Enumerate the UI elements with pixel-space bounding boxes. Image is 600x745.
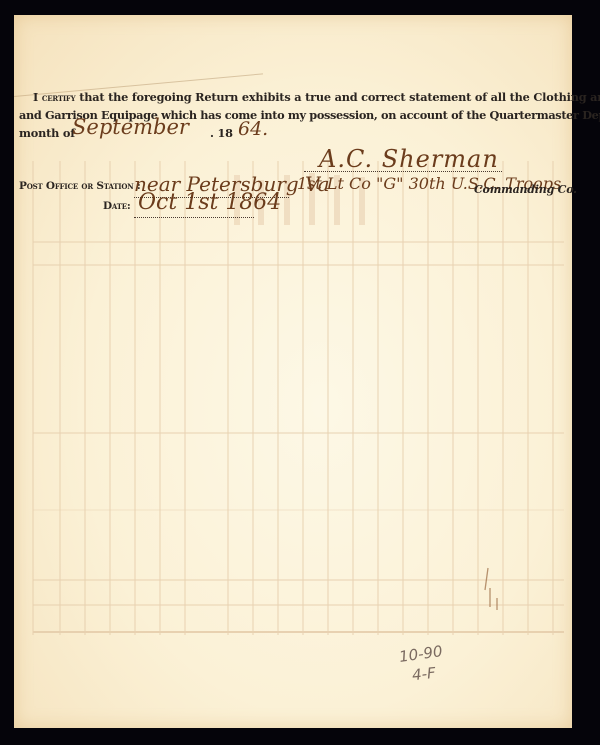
month-field-line	[70, 140, 210, 141]
date-label-text: Date:	[103, 200, 131, 212]
cert-certify-word: certify	[42, 93, 76, 104]
month-handwritten: September	[72, 115, 189, 139]
year-prefix: . 18	[210, 126, 233, 140]
cert-lead: I	[33, 90, 38, 104]
cert-line-1-text: that the foregoing Return exhibits a tru…	[79, 90, 600, 104]
month-label: month of	[19, 126, 75, 140]
document-page: I certify that the foregoing Return exhi…	[14, 15, 572, 728]
pencil-note-2: 4-F	[411, 664, 436, 684]
date-handwritten: Oct 1st 1864	[138, 190, 281, 215]
signature-name: A.C. Sherman	[319, 145, 499, 173]
post-office-label-text: Post Office or Station :	[19, 180, 141, 192]
commanding-co-label: Commanding Co.	[474, 183, 577, 196]
certification-line-1: I certify that the foregoing Return exhi…	[33, 90, 600, 104]
post-office-label: Post Office or Station :	[19, 180, 141, 192]
year-handwritten: 64.	[238, 118, 268, 140]
date-field-line	[134, 217, 254, 218]
date-label: Date:	[103, 200, 131, 212]
